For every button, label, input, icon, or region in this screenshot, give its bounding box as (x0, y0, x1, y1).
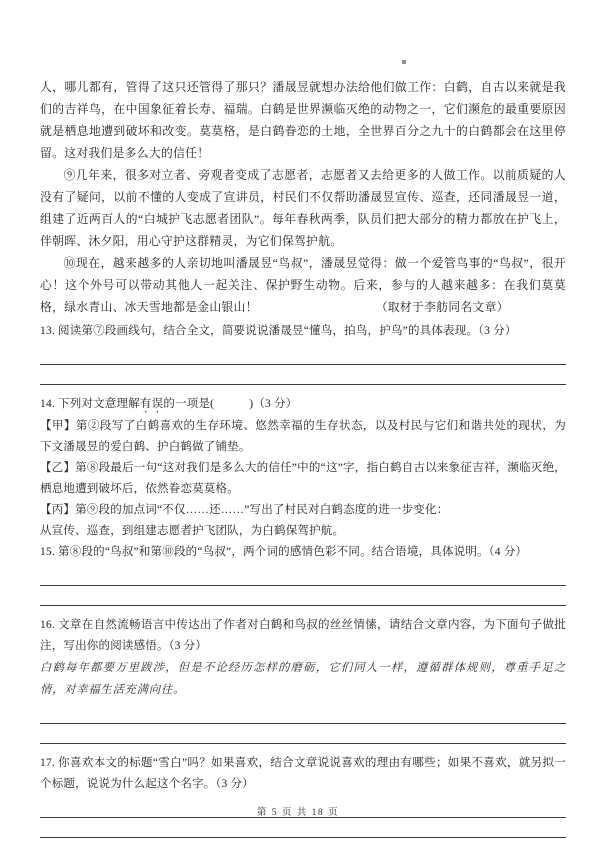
page-number: 第 5 页 共 18 页 (257, 808, 339, 818)
passage-paragraph-10: ⑩现在，越来越多的人亲切地叫潘晟昱“鸟叔”，潘晟昱觉得：做一个爱管鸟事的“鸟叔”… (40, 252, 566, 318)
question-14-option-yi: 【乙】第⑧段最后一句“这对我们是多么大的信任”中的“这”字，指白鹤自古以来象征吉… (40, 458, 566, 500)
passage-paragraph-9: ⑨几年来，很多对立者、旁观者变成了志愿者，志愿者又去给更多的人做工作。以前质疑的… (40, 164, 566, 252)
question-16: 16. 文章在自然流畅语言中传达出了作者对白鹤和鸟叔的丝丝情愫，请结合文章内容，… (40, 615, 566, 657)
question-13: 13. 阅读第⑦段画线句，结合全文，简要说说潘晟昱“懂鸟，拍鸟，护鸟”的具体表现… (40, 321, 566, 342)
answer-blank-line (40, 586, 566, 606)
answer-lines-q15 (40, 566, 566, 606)
question-14-option-jia: 【甲】第②段写了白鹤喜欢的生存环境、悠然幸福的生存状态，以及村民与它们和谐共处的… (40, 416, 566, 458)
answer-blank-line (40, 704, 566, 724)
answer-blank-line (40, 818, 566, 838)
source-attribution: （取材于李舫同名文章） (352, 296, 509, 318)
exam-document-page: 人，哪儿都有，管得了这只还管得了那只？潘晟昱就想办法给他们做工作：白鹤，自古以来… (0, 0, 596, 842)
answer-blank-line (40, 724, 566, 744)
question-16-annotated-sentence: 白鹤每年都要万里跋涉，但是不论经历怎样的磨砺，它们同人一样，遵循群体规则，尊重手… (40, 657, 566, 701)
answer-lines-q13 (40, 345, 566, 385)
answer-lines-q16 (40, 704, 566, 744)
answer-blank-line (40, 566, 566, 586)
page-footer: 第 5 页 共 18 页 (0, 804, 596, 818)
question-14-stem-prefix: 14. 下列对文意理解 (40, 398, 140, 410)
passage-paragraph-continuation: 人，哪儿都有，管得了这只还管得了那只？潘晟昱就想办法给他们做工作：白鹤，自古以来… (40, 76, 566, 164)
question-14-stem-suffix: 的一项是( )（3 分） (163, 398, 297, 410)
exam-content: 人，哪儿都有，管得了这只还管得了那只？潘晟昱就想办法给他们做工作：白鹤，自古以来… (40, 76, 566, 842)
answer-blank-line (40, 345, 566, 365)
question-14-emphasized-word: 有误 (140, 398, 163, 410)
answer-blank-line (40, 365, 566, 385)
scan-noise-dot (402, 60, 406, 64)
question-14-option-bing-line2: 从宣传、巡查，到组建志愿者护飞团队，为白鹤保驾护航。 (40, 521, 566, 542)
question-14-option-bing-line1: 【丙】第⑨段的加点词“不仅……还……”写出了村民对白鹤态度的进一步变化： (40, 500, 566, 521)
question-17: 17. 你喜欢本文的标题“雪白”吗？如果喜欢，结合文章说说喜欢的理由有哪些；如果… (40, 753, 566, 795)
question-15: 15. 第⑧段的“鸟叔”和第⑩段的“鸟叔”，两个词的感情色彩不同。结合语境，具体… (40, 542, 566, 563)
question-14-stem: 14. 下列对文意理解有误的一项是( )（3 分） (40, 394, 566, 416)
